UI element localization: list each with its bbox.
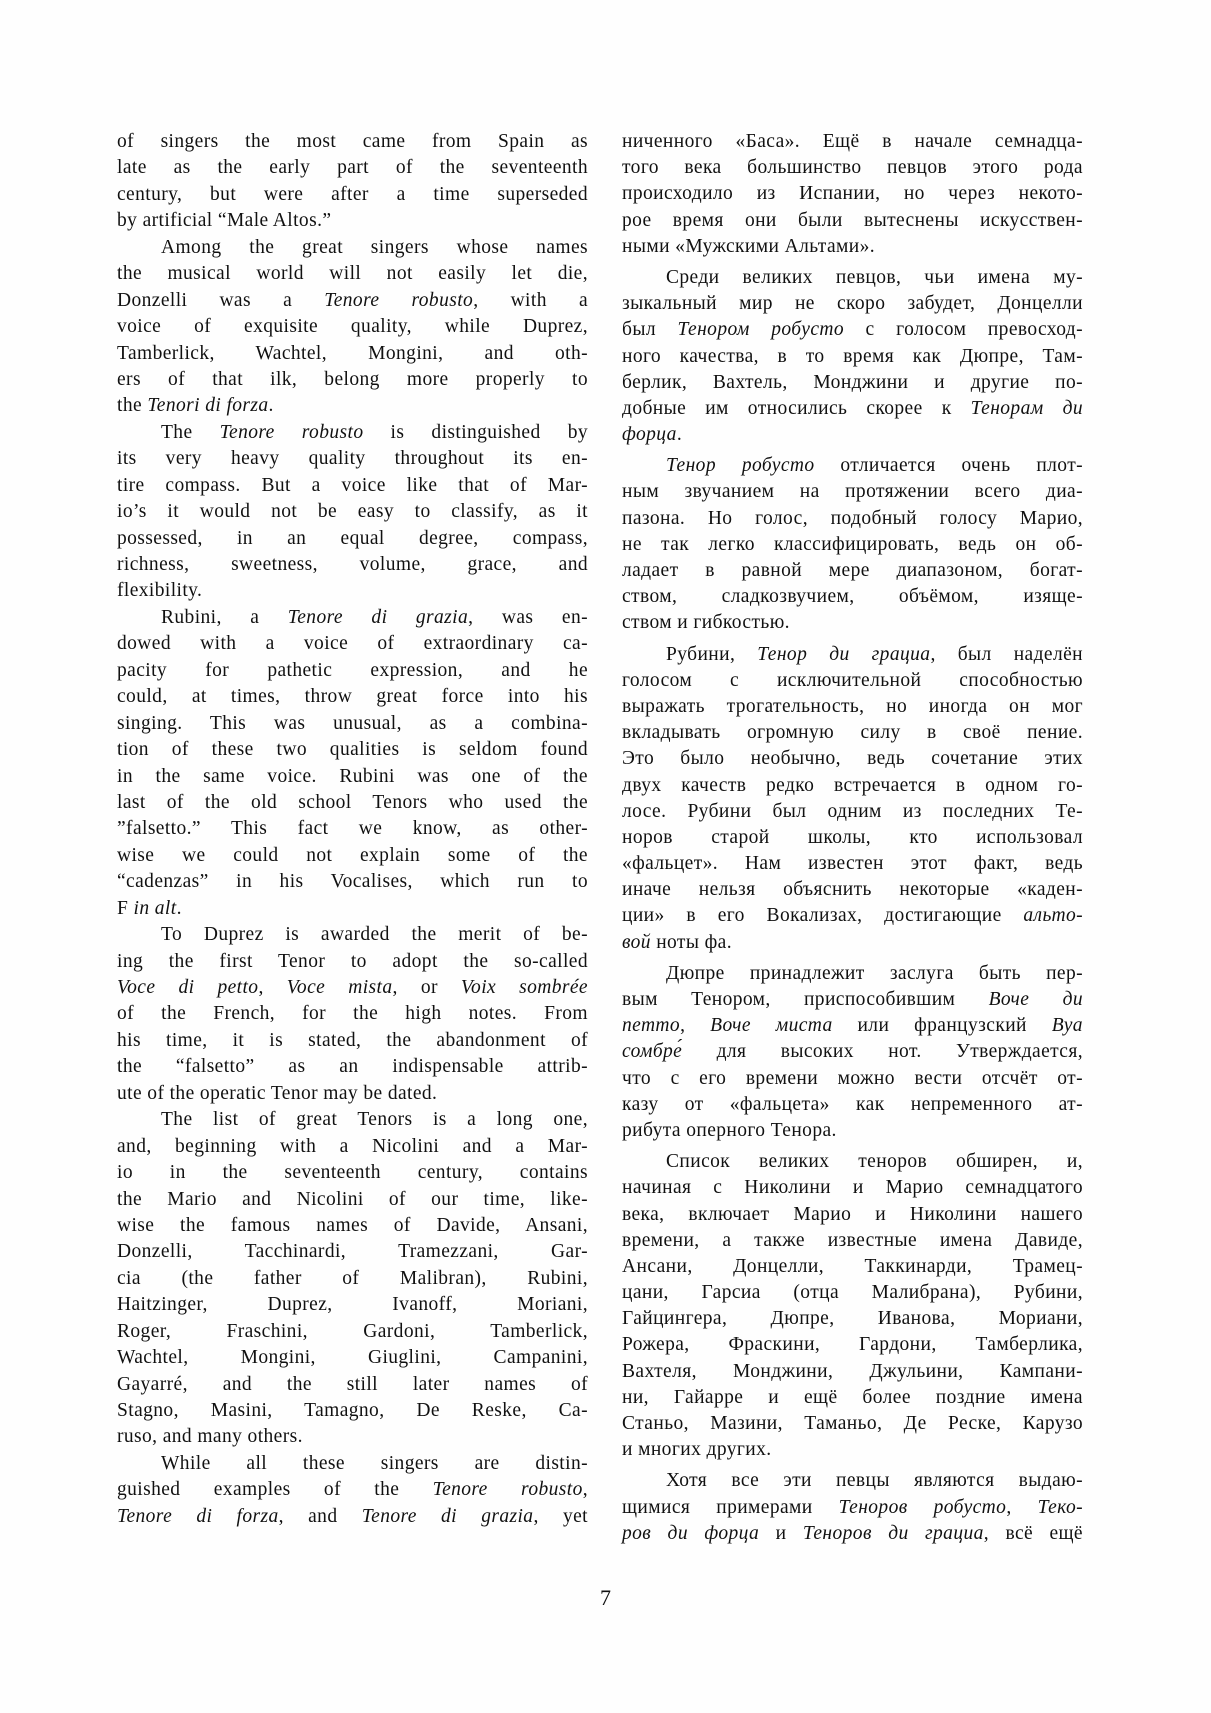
text-span: dowed with a voice of extraordinary ca- [117, 633, 588, 654]
text-span: Вахтеля, Монджини, Джульини, Кампани- [622, 1361, 1083, 1382]
text-line: late as the early part of the seventeent… [117, 155, 588, 181]
text-span: ладает в равной мере диапазоном, богат- [622, 560, 1083, 581]
paragraph: Рубини, Тенор ди грациа, был наделёнголо… [622, 642, 1083, 956]
italic-text: Tenore robusto [220, 422, 364, 443]
text-span: цани, Гарсиа (отца Малибрана), Рубини, [622, 1282, 1083, 1303]
text-span: richness, sweetness, volume, grace, and [117, 554, 588, 575]
text-span: или французский [833, 1015, 1052, 1036]
text-line: ing the first Tenor to adopt the so-call… [117, 949, 588, 975]
text-span: пазона. Но голос, подобный голосу Марио, [622, 508, 1083, 529]
text-span: Donzelli, Tacchinardi, Tramezzani, Gar- [117, 1241, 588, 1262]
italic-text: Tenore di grazia [362, 1506, 534, 1527]
text-span: вым Тенором, приспособившим [622, 989, 989, 1010]
text-line: начиная с Николини и Марио семнадцатого [622, 1175, 1083, 1201]
text-line: the “falsetto” as an indispensable attri… [117, 1054, 588, 1080]
text-span: Among the great singers whose names [161, 237, 588, 258]
text-span: казу от «фальцета» как непременного ат- [622, 1094, 1083, 1115]
text-line: Рожера, Фраскини, Гардони, Тамберлика, [622, 1332, 1083, 1358]
text-line: Станьо, Мазини, Таманьо, Де Реске, Каруз… [622, 1411, 1083, 1437]
text-line: The list of great Tenors is a long one, [117, 1107, 588, 1133]
text-span: guished examples of the [117, 1479, 433, 1500]
text-line: flexibility. [117, 578, 588, 604]
text-line: ruso, and many others. [117, 1424, 588, 1450]
page-number: 7 [0, 1585, 1211, 1611]
text-span: , yet [533, 1506, 588, 1527]
text-line: Рубини, Тенор ди грациа, был наделён [622, 642, 1083, 668]
text-span: last of the old school Tenors who used t… [117, 792, 588, 813]
text-line: происходило из Испании, но через некото- [622, 181, 1083, 207]
text-span: tire compass. But a voice like that of M… [117, 475, 588, 496]
text-line: вкладывать огромную силу в своё пение. [622, 720, 1083, 746]
text-span: добные им относились скорее к [622, 398, 971, 419]
text-span: his time, it is stated, the abandonment … [117, 1030, 588, 1051]
text-line: of singers the most came from Spain as [117, 129, 588, 155]
text-line: ными «Мужскими Альтами». [622, 234, 1083, 260]
italic-text: Tenore robusto [433, 1479, 583, 1500]
paragraph: Дюпре принадлежит заслуга быть пер-вым Т… [622, 961, 1083, 1144]
italic-text: ров ди форца [622, 1523, 759, 1544]
text-span: “cadenzas” in his Vocalises, which run t… [117, 871, 588, 892]
text-span: . [677, 424, 682, 445]
text-line: pacity for pathetic expression, and he [117, 658, 588, 684]
text-span: для высоких нот. Утверждается, [682, 1041, 1083, 1062]
text-line: “cadenzas” in his Vocalises, which run t… [117, 869, 588, 895]
text-line: To Duprez is awarded the merit of be- [117, 922, 588, 948]
text-span: the Mario and Nicolini of our time, like… [117, 1189, 588, 1210]
paragraph: Тенор робусто отличается очень плот-ным … [622, 453, 1083, 636]
text-line: ным звучанием на протяжении всего диа- [622, 479, 1083, 505]
paragraph: While all these singers are distin-guish… [117, 1451, 588, 1530]
text-line: its very heavy quality throughout its en… [117, 446, 588, 472]
text-line: добные им относились скорее к Тенорам ди [622, 396, 1083, 422]
text-span: Дюпре принадлежит заслуга быть пер- [666, 963, 1083, 984]
text-span: ute of the operatic Tenor may be dated. [117, 1083, 437, 1104]
text-line: wise the famous names of Davide, Ansani, [117, 1213, 588, 1239]
text-span: cia (the father of Malibran), Rubini, [117, 1268, 588, 1289]
text-span: лосе. Рубини был одним из последних Те- [622, 801, 1083, 822]
text-span: . [269, 395, 274, 416]
text-line: Tenore di forza, and Tenore di grazia, y… [117, 1504, 588, 1530]
text-span: Гайцингера, Дюпре, Иванова, Мориани, [622, 1308, 1083, 1329]
paragraph: The list of great Tenors is a long one,a… [117, 1107, 588, 1451]
text-span: of the French, for the high notes. From [117, 1003, 588, 1024]
text-span: берлик, Вахтель, Монджини и другие по- [622, 372, 1083, 393]
text-line: ни, Гайарре и ещё более поздние имена [622, 1385, 1083, 1411]
text-span: voice of exquisite quality, while Duprez… [117, 316, 588, 337]
text-line: щимися примерами Теноров робусто, Теко- [622, 1495, 1083, 1521]
text-span: io’s it would not be easy to classify, a… [117, 501, 588, 522]
text-line: tion of these two qualities is seldom fo… [117, 737, 588, 763]
text-line: and, beginning with a Nicolini and a Mar… [117, 1134, 588, 1160]
text-span: , with a [473, 290, 588, 311]
paragraph: Хотя все эти певцы являются выдаю-щимися… [622, 1468, 1083, 1547]
text-span: io in the seventeenth century, contains [117, 1162, 588, 1183]
paragraph: Rubini, a Tenore di grazia, was en-dowed… [117, 605, 588, 922]
text-span: possessed, in an equal degree, compass, [117, 528, 588, 549]
text-line: ”falsetto.” This fact we know, as other- [117, 816, 588, 842]
text-line: того века большинство певцов этого рода [622, 155, 1083, 181]
text-line: last of the old school Tenors who used t… [117, 790, 588, 816]
text-span: , was en- [468, 607, 588, 628]
paragraph: Список великих теноров обширен, и,начина… [622, 1149, 1083, 1463]
text-span: выражать трогательность, но иногда он мо… [622, 696, 1083, 717]
text-span: While all these singers are distin- [161, 1453, 588, 1474]
text-span: Gayarré, and the still later names of [117, 1374, 588, 1395]
text-span: , всё ещё [984, 1523, 1083, 1544]
text-span: «фальцет». Нам известен этот факт, ведь [622, 853, 1083, 874]
text-line: Tamberlick, Wachtel, Mongini, and oth- [117, 341, 588, 367]
text-span: Хотя все эти певцы являются выдаю- [666, 1470, 1083, 1491]
italic-text: сомбре́ [622, 1041, 682, 1062]
text-line: ute of the operatic Tenor may be dated. [117, 1081, 588, 1107]
text-span: ноты фа. [651, 932, 732, 953]
text-span: in the same voice. Rubini was one of the [117, 766, 588, 787]
text-line: richness, sweetness, volume, grace, and [117, 552, 588, 578]
text-span: Ансани, Донцелли, Таккинарди, Трамец- [622, 1256, 1083, 1277]
text-span: рое время они были вытеснены искусствен- [622, 210, 1083, 231]
text-line: Roger, Fraschini, Gardoni, Tamberlick, [117, 1319, 588, 1345]
text-span: рибута оперного Тенора. [622, 1120, 837, 1141]
text-line: Haitzinger, Duprez, Ivanoff, Moriani, [117, 1292, 588, 1318]
text-line: Wachtel, Mongini, Giuglini, Campanini, [117, 1345, 588, 1371]
italic-text: Tenori di forza [147, 395, 268, 416]
text-line: F in alt. [117, 896, 588, 922]
text-line: dowed with a voice of extraordinary ca- [117, 631, 588, 657]
text-span: ниченного «Баса». Ещё в начале семнадца- [622, 131, 1083, 152]
text-span: щимися примерами [622, 1497, 839, 1518]
text-span: иначе нельзя объяснить некоторые «каден- [622, 879, 1083, 900]
text-line: ers of that ilk, belong more properly to [117, 367, 588, 393]
text-line: ством, сладкозвучием, объёмом, изяще- [622, 584, 1083, 610]
text-span: Список великих теноров обширен, и, [666, 1151, 1083, 1172]
text-span: wise we could not explain some of the [117, 845, 588, 866]
text-line: не так легко классифицировать, ведь он о… [622, 532, 1083, 558]
text-line: Это было необычно, ведь сочетание этих [622, 746, 1083, 772]
text-span: pacity for pathetic expression, and he [117, 660, 588, 681]
text-line: could, at times, throw great force into … [117, 684, 588, 710]
text-span: века, включает Марио и Николини нашего [622, 1204, 1083, 1225]
text-span: by artificial “Male Altos.” [117, 210, 331, 231]
text-line: ции» в его Вокализах, достигающие альто- [622, 903, 1083, 929]
paragraph: of singers the most came from Spain asla… [117, 129, 588, 235]
text-span: ers of that ilk, belong more properly to [117, 369, 588, 390]
text-span: ством, сладкозвучием, объёмом, изяще- [622, 586, 1083, 607]
text-span: и многих других. [622, 1439, 772, 1460]
text-span: Rubini, a [161, 607, 288, 628]
text-span: of singers the most came from Spain as [117, 131, 588, 152]
text-line: cia (the father of Malibran), Rubini, [117, 1266, 588, 1292]
text-span: не так легко классифицировать, ведь он о… [622, 534, 1083, 555]
text-line: Вахтеля, Монджини, Джульини, Кампани- [622, 1359, 1083, 1385]
italic-text: форца [622, 424, 677, 445]
text-line: что с его времени можно вести отсчёт от- [622, 1066, 1083, 1092]
text-line: двух качеств редко встречается в одном г… [622, 773, 1083, 799]
text-line: voice of exquisite quality, while Duprez… [117, 314, 588, 340]
text-span: ruso, and many others. [117, 1426, 303, 1447]
text-span: двух качеств редко встречается в одном г… [622, 775, 1083, 796]
text-line: the Tenori di forza. [117, 393, 588, 419]
text-span: ными «Мужскими Альтами». [622, 236, 875, 257]
text-span: F [117, 898, 134, 919]
text-line: времени, а также известные имена Давиде, [622, 1228, 1083, 1254]
text-span: вкладывать огромную силу в своё пение. [622, 722, 1083, 743]
text-line: цани, Гарсиа (отца Малибрана), Рубини, [622, 1280, 1083, 1306]
text-line: Stagno, Masini, Tamagno, De Reske, Ca- [117, 1398, 588, 1424]
italic-text: Voix sombrée [461, 977, 588, 998]
text-line: Donzelli, Tacchinardi, Tramezzani, Gar- [117, 1239, 588, 1265]
italic-text: Теноров робусто [839, 1497, 1007, 1518]
text-span: ни, Гайарре и ещё более поздние имена [622, 1387, 1083, 1408]
text-line: Voce di petto, Voce mista, or Voix sombr… [117, 975, 588, 1001]
text-span: century, but were after a time supersede… [117, 184, 588, 205]
text-line: был Тенором робусто с голосом превосход- [622, 317, 1083, 343]
text-line: ством и гибкостью. [622, 610, 1083, 636]
italic-text: Tenore robusto [324, 290, 473, 311]
text-span: flexibility. [117, 580, 202, 601]
text-line: his time, it is stated, the abandonment … [117, 1028, 588, 1054]
text-line: io’s it would not be easy to classify, a… [117, 499, 588, 525]
text-span: ции» в его Вокализах, достигающие [622, 905, 1023, 926]
text-span: Станьо, Мазини, Таманьо, Де Реске, Каруз… [622, 1413, 1083, 1434]
text-span: its very heavy quality throughout its en… [117, 448, 588, 469]
paragraph: Среди великих певцов, чьи имена му-зыкал… [622, 265, 1083, 448]
text-span: ”falsetto.” This fact we know, as other- [117, 818, 588, 839]
text-line: Among the great singers whose names [117, 235, 588, 261]
text-line: ного качества, в то время как Дюпре, Там… [622, 344, 1083, 370]
text-line: форца. [622, 422, 1083, 448]
text-span: происходило из Испании, но через некото- [622, 183, 1083, 204]
text-span: Рубини, [666, 644, 757, 665]
text-line: of the French, for the high notes. From [117, 1001, 588, 1027]
text-span: , or [393, 977, 461, 998]
text-span: tion of these two qualities is seldom fo… [117, 739, 588, 760]
text-line: Donzelli was a Tenore robusto, with a [117, 288, 588, 314]
text-line: петто, Воче миста или французский Вуа [622, 1013, 1083, 1039]
italic-text: Tenore di forza [117, 1506, 279, 1527]
text-span: времени, а также известные имена Давиде, [622, 1230, 1083, 1251]
italic-text: Вуа [1052, 1015, 1083, 1036]
text-span: To Duprez is awarded the merit of be- [161, 924, 588, 945]
text-span: был [622, 319, 678, 340]
text-line: The Tenore robusto is distinguished by [117, 420, 588, 446]
text-span: Roger, Fraschini, Gardoni, Tamberlick, [117, 1321, 588, 1342]
english-column: of singers the most came from Spain asla… [117, 129, 588, 1530]
text-line: tire compass. But a voice like that of M… [117, 473, 588, 499]
text-span: того века большинство певцов этого рода [622, 157, 1083, 178]
text-line: «фальцет». Нам известен этот факт, ведь [622, 851, 1083, 877]
text-span: Wachtel, Mongini, Giuglini, Campanini, [117, 1347, 588, 1368]
text-span: , and [279, 1506, 362, 1527]
text-line: норов старой школы, кто использовал [622, 825, 1083, 851]
text-span: , [258, 977, 286, 998]
text-line: вым Тенором, приспособившим Воче ди [622, 987, 1083, 1013]
text-span: ным звучанием на протяжении всего диа- [622, 481, 1083, 502]
paragraph: Among the great singers whose namesthe m… [117, 235, 588, 420]
text-line: by artificial “Male Altos.” [117, 208, 588, 234]
text-span: что с его времени можно вести отсчёт от- [622, 1068, 1083, 1089]
text-span: отличается очень плот- [815, 455, 1083, 476]
text-line: Тенор робусто отличается очень плот- [622, 453, 1083, 479]
text-line: рибута оперного Тенора. [622, 1118, 1083, 1144]
italic-text: Тенор робусто [666, 455, 815, 476]
russian-column: ниченного «Баса». Ещё в начале семнадца-… [622, 129, 1083, 1547]
text-span: Donzelli was a [117, 290, 324, 311]
text-span: , [680, 1015, 710, 1036]
italic-text: альто- [1023, 905, 1083, 926]
text-span: Рожера, Фраскини, Гардони, Тамберлика, [622, 1334, 1083, 1355]
text-line: Гайцингера, Дюпре, Иванова, Мориани, [622, 1306, 1083, 1332]
text-span: , был наделён [930, 644, 1083, 665]
text-span: ing the first Tenor to adopt the so-call… [117, 951, 588, 972]
text-line: ладает в равной мере диапазоном, богат- [622, 558, 1083, 584]
text-line: зыкальный мир не скоро забудет, Донцелли [622, 291, 1083, 317]
text-span: is distinguished by [363, 422, 588, 443]
text-span: Haitzinger, Duprez, Ivanoff, Moriani, [117, 1294, 588, 1315]
text-line: голосом с исключительной способностью [622, 668, 1083, 694]
text-span: and, beginning with a Nicolini and a Mar… [117, 1136, 588, 1157]
text-line: singing. This was unusual, as a combina- [117, 711, 588, 737]
text-span: с голосом превосход- [844, 319, 1083, 340]
text-span: the musical world will not easily let di… [117, 263, 588, 284]
text-line: казу от «фальцета» как непременного ат- [622, 1092, 1083, 1118]
text-line: guished examples of the Tenore robusto, [117, 1477, 588, 1503]
italic-text: Тенор ди грациа [757, 644, 930, 665]
text-line: иначе нельзя объяснить некоторые «каден- [622, 877, 1083, 903]
italic-text: Voce di petto [117, 977, 258, 998]
text-line: рое время они были вытеснены искусствен- [622, 208, 1083, 234]
text-span: Tamberlick, Wachtel, Mongini, and oth- [117, 343, 588, 364]
text-span: ством и гибкостью. [622, 612, 790, 633]
text-span: singing. This was unusual, as a combina- [117, 713, 588, 734]
italic-text: Тенором робусто [678, 319, 845, 340]
book-page: of singers the most came from Spain asla… [0, 0, 1211, 1713]
text-line: Хотя все эти певцы являются выдаю- [622, 1468, 1083, 1494]
text-line: Список великих теноров обширен, и, [622, 1149, 1083, 1175]
text-line: in the same voice. Rubini was one of the [117, 764, 588, 790]
italic-text: Voce mista [287, 977, 393, 998]
text-span: could, at times, throw great force into … [117, 686, 588, 707]
text-span: начиная с Николини и Марио семнадцатого [622, 1177, 1083, 1198]
text-line: ниченного «Баса». Ещё в начале семнадца- [622, 129, 1083, 155]
text-line: the Mario and Nicolini of our time, like… [117, 1187, 588, 1213]
italic-text: Тенорам ди [971, 398, 1083, 419]
text-span: the “falsetto” as an indispensable attri… [117, 1056, 588, 1077]
text-span: и [759, 1523, 803, 1544]
text-line: While all these singers are distin- [117, 1451, 588, 1477]
text-line: Rubini, a Tenore di grazia, was en- [117, 605, 588, 631]
text-line: лосе. Рубини был одним из последних Те- [622, 799, 1083, 825]
italic-text: Воче миста [710, 1015, 832, 1036]
text-line: и многих других. [622, 1437, 1083, 1463]
text-span: ного качества, в то время как Дюпре, Там… [622, 346, 1083, 367]
italic-text: петто [622, 1015, 680, 1036]
italic-text: Воче ди [989, 989, 1083, 1010]
text-line: века, включает Марио и Николини нашего [622, 1202, 1083, 1228]
paragraph: To Duprez is awarded the merit of be-ing… [117, 922, 588, 1107]
paragraph: ниченного «Баса». Ещё в начале семнадца-… [622, 129, 1083, 260]
text-line: Среди великих певцов, чьи имена му- [622, 265, 1083, 291]
paragraph: The Tenore robusto is distinguished byit… [117, 420, 588, 605]
italic-text: вой [622, 932, 651, 953]
text-line: сомбре́ для высоких нот. Утверждается, [622, 1039, 1083, 1065]
text-span: the [117, 395, 147, 416]
italic-text: in alt [134, 898, 177, 919]
text-line: Ансани, Донцелли, Таккинарди, Трамец- [622, 1254, 1083, 1280]
text-line: the musical world will not easily let di… [117, 261, 588, 287]
text-line: выражать трогательность, но иногда он мо… [622, 694, 1083, 720]
text-line: possessed, in an equal degree, compass, [117, 526, 588, 552]
text-span: Среди великих певцов, чьи имена му- [666, 267, 1083, 288]
text-span: The list of great Tenors is a long one, [161, 1109, 588, 1130]
text-line: Дюпре принадлежит заслуга быть пер- [622, 961, 1083, 987]
text-line: вой ноты фа. [622, 930, 1083, 956]
text-line: wise we could not explain some of the [117, 843, 588, 869]
text-span: , [583, 1479, 588, 1500]
text-span: голосом с исключительной способностью [622, 670, 1083, 691]
italic-text: Теноров ди грациа [803, 1523, 984, 1544]
text-span: The [161, 422, 220, 443]
italic-text: Tenore di grazia [288, 607, 468, 628]
text-line: io in the seventeenth century, contains [117, 1160, 588, 1186]
text-span: зыкальный мир не скоро забудет, Донцелли [622, 293, 1083, 314]
text-span: late as the early part of the seventeent… [117, 157, 588, 178]
text-span: . [177, 898, 182, 919]
text-span: wise the famous names of Davide, Ansani, [117, 1215, 588, 1236]
italic-text: Теко- [1038, 1497, 1083, 1518]
text-span: , [1006, 1497, 1037, 1518]
text-span: норов старой школы, кто использовал [622, 827, 1083, 848]
text-line: century, but were after a time supersede… [117, 182, 588, 208]
text-line: пазона. Но голос, подобный голосу Марио, [622, 506, 1083, 532]
text-line: берлик, Вахтель, Монджини и другие по- [622, 370, 1083, 396]
text-span: Это было необычно, ведь сочетание этих [622, 748, 1083, 769]
text-span: Stagno, Masini, Tamagno, De Reske, Ca- [117, 1400, 588, 1421]
text-line: Gayarré, and the still later names of [117, 1372, 588, 1398]
text-line: ров ди форца и Теноров ди грациа, всё ещ… [622, 1521, 1083, 1547]
